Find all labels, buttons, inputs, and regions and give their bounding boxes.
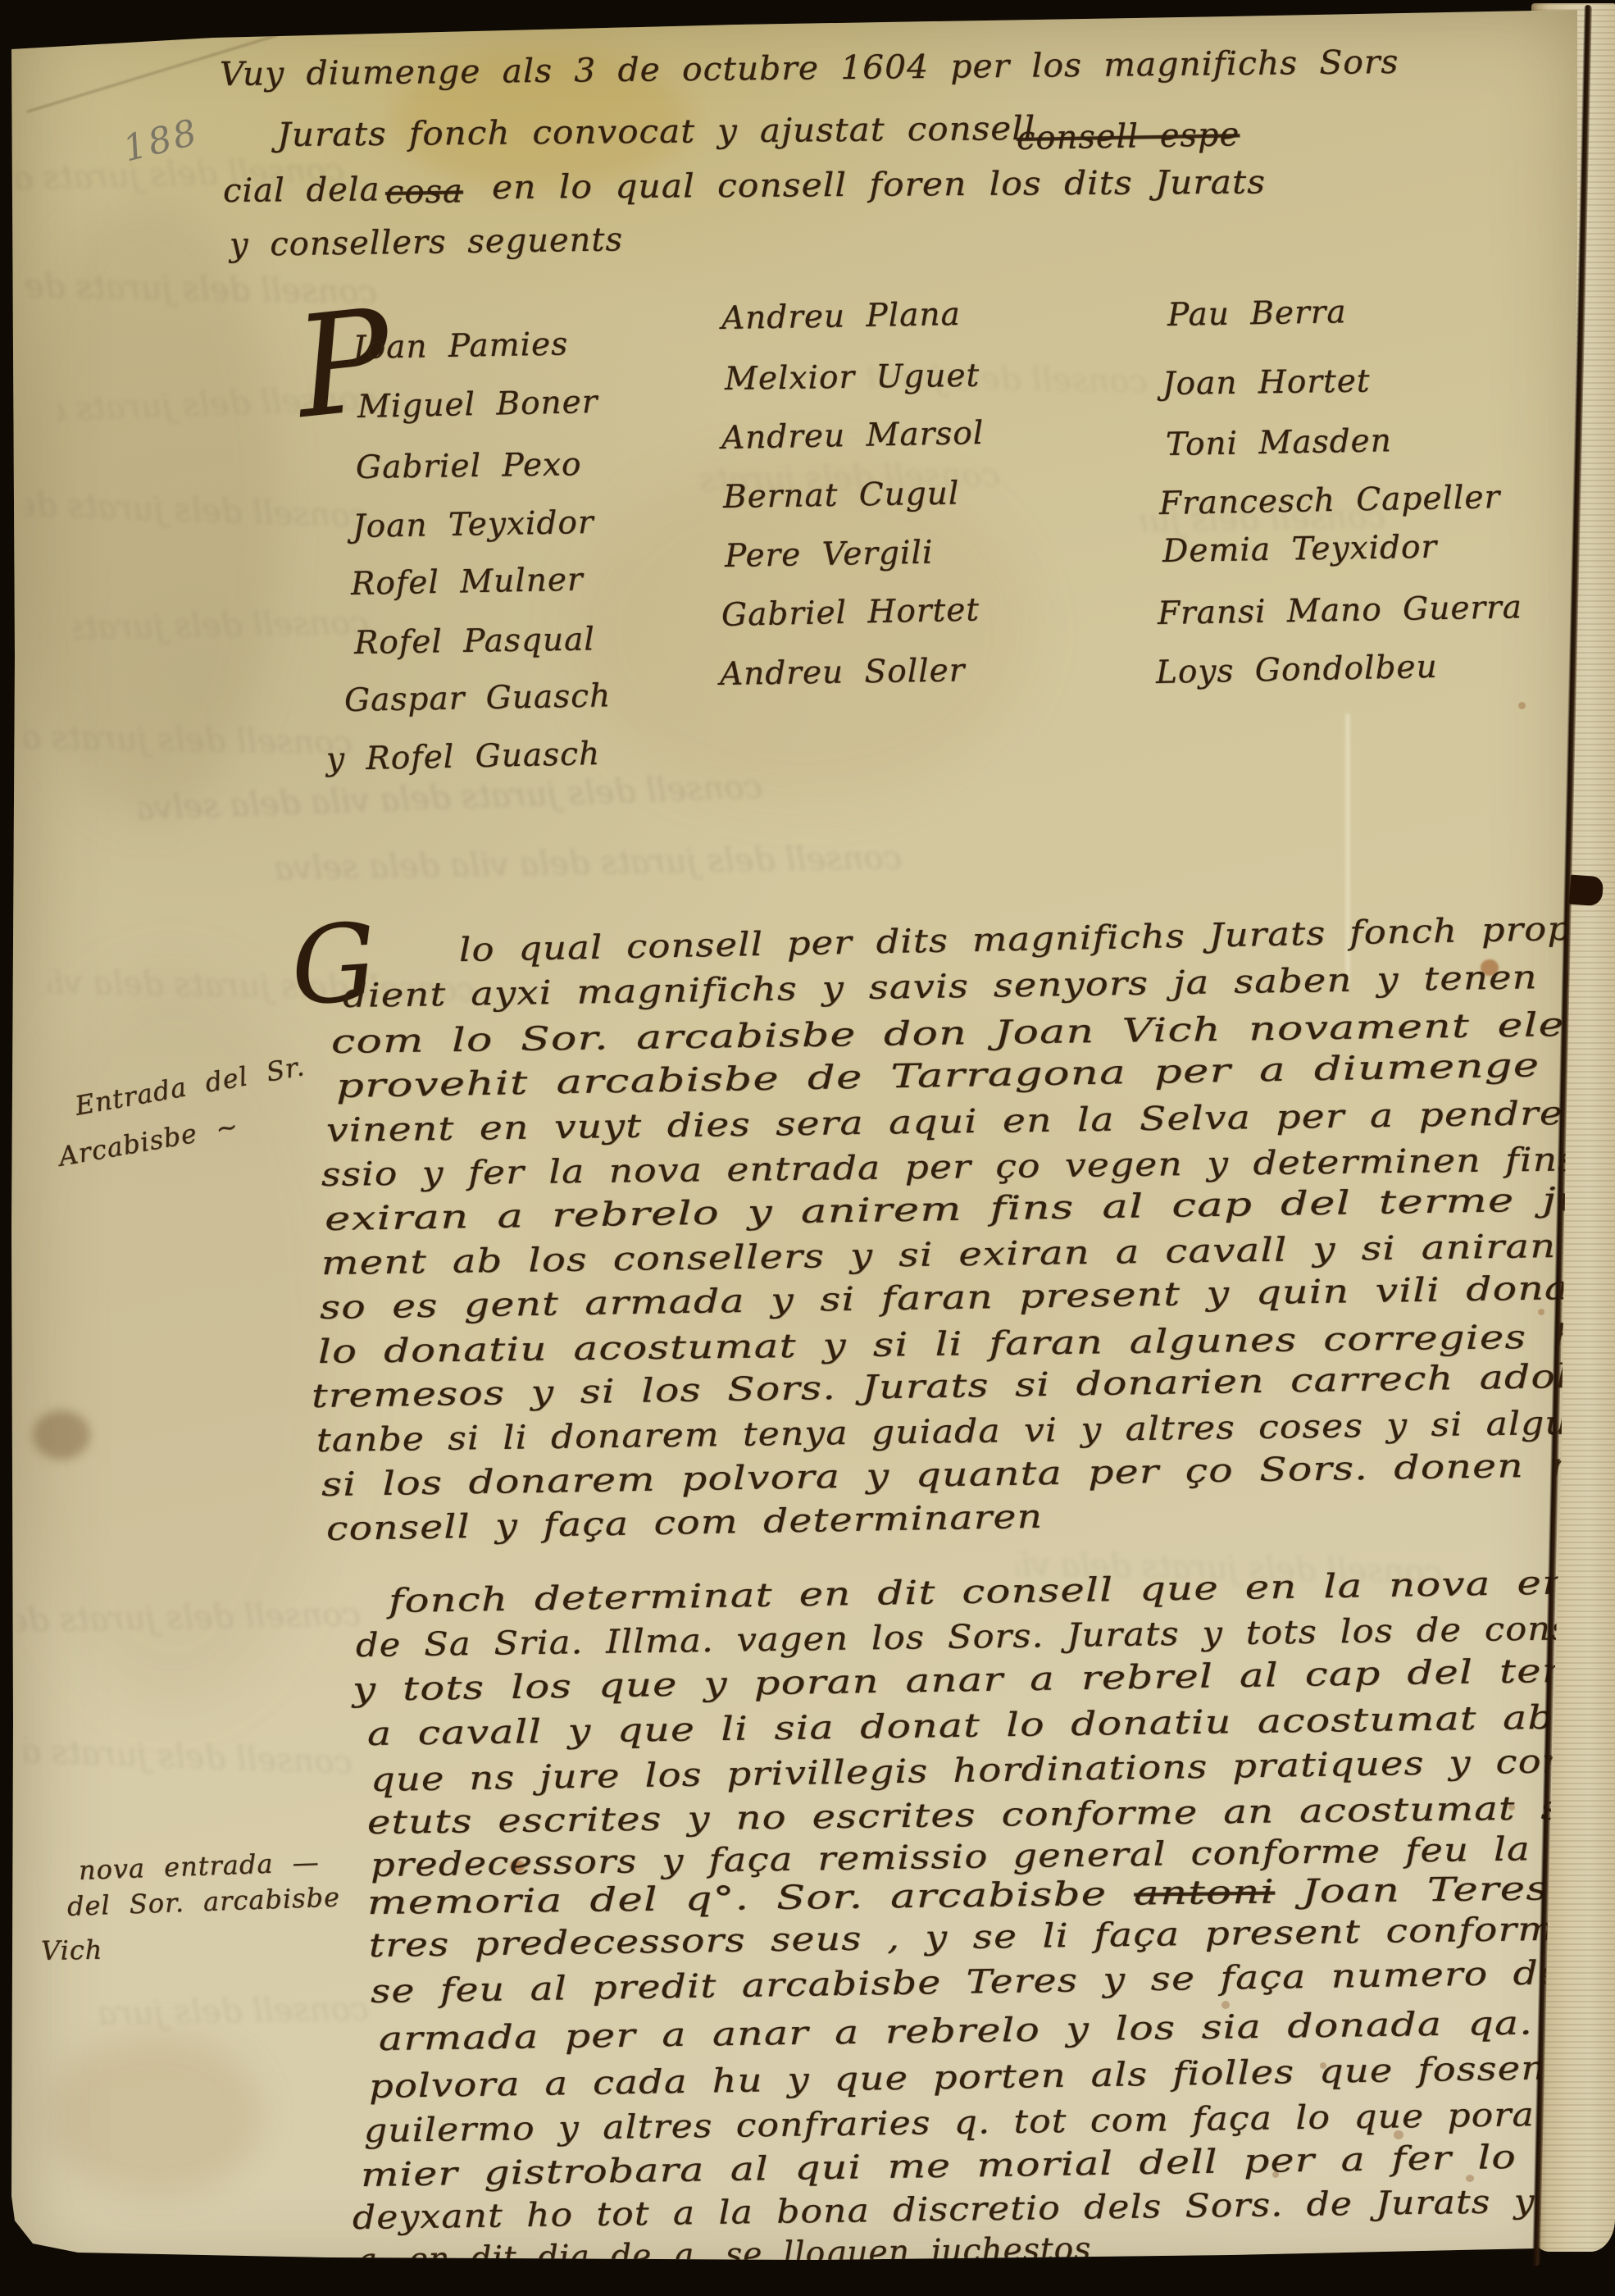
ghost-writing: consell dels jurats dela vila dela selva… [98,1990,370,2033]
fox-spot [1221,2001,1230,2009]
attendee-name: Joan Hortet [1162,362,1371,403]
attendee-name: Gabriel Hortet [721,591,980,634]
ghost-writing: consell dels jurats dela vila dela selva… [16,1596,362,1639]
attendee-name: Joan Pamies [353,326,569,367]
body-line: q. en dit dia de q. se lloguen juchestos [356,2230,1092,2280]
struck-text: antoni [1134,1873,1275,1912]
body-line: consell y faça com determinaren [326,1498,1044,1548]
attendee-name: Toni Masden [1166,422,1393,463]
attendee-name: Andreu Soller [720,652,966,693]
manuscript-photo: { "page": { "number": "188" }, "header":… [0,0,1615,2296]
paper-stain [16,197,279,820]
attendee-name: Bernat Cugul [723,475,960,516]
attendee-name: Gabriel Pexo [356,446,582,486]
attendee-name: y Rofel Guasch [326,736,601,778]
margin-note-line: Entrada del Sr. [73,1050,307,1122]
attendee-name: Fransi Mano Guerra [1158,589,1523,632]
header-line-2: Jurats fonch convocat y ajustat consell [277,110,1036,154]
attendee-name: Pere Vergili [725,535,934,575]
attendee-name: Rofel Pasqual [354,621,595,662]
header-line-3a: cial dela [223,171,380,210]
ghost-writing: consell dels jurats dela vila dela selva… [74,604,370,647]
ghost-writing: consell dels jurats dela vila dela selva… [24,486,369,536]
header-line-4: y consellers seguents [230,221,624,264]
attendee-name: Melxior Uguet [725,358,980,398]
paper-stain [49,2034,262,2198]
binding-tab-shadow [1569,875,1604,907]
fox-spot [1518,702,1526,709]
header-line-3-struck-text: cosa [385,172,464,212]
attendee-name: Andreu Plana [721,296,962,337]
attendee-name: Miguel Boner [357,384,598,426]
ghost-writing: consell dels jurats dela vila dela selva… [139,768,762,827]
page-number-pencil: 188 [119,112,203,171]
attendee-name: Demia Teyxidor [1162,529,1438,570]
ink-blotch [33,1410,90,1460]
ghost-writing: consell dels jurats dela vila dela selva… [24,1733,353,1782]
page-content: consell dels jurats dela vila dela selva… [0,0,1615,2296]
header-line-3b: en lo qual consell foren los dits Jurats [492,163,1266,207]
attendee-name: Francesch Capeller [1159,479,1501,522]
fox-spot [1538,1309,1544,1315]
attendee-name: Andreu Marsol [721,415,985,457]
body-line: armada per a anar a rebrelo y los sia do… [379,2003,1611,2058]
header-line-1: Vuy diumenge als 3 de octubre 1604 per l… [220,43,1399,93]
page-sheet: consell dels jurats dela vila dela selva… [11,0,1589,2288]
attendee-name: Loys Gondolbeu [1156,649,1439,691]
attendee-name: Rofel Mulner [351,562,584,603]
margin-note-line: Vich [41,1934,103,1966]
ghost-writing: consell dels jurats dela vila dela selva… [25,719,353,763]
attendee-name: Gaspar Guasch [344,677,612,719]
header-line-2-struck-text: consell espe [1017,116,1240,157]
attendee-name: Pau Berra [1167,294,1347,334]
margin-note-line: nova entrada — [78,1847,320,1886]
margin-note-line: del Sor. arcabisbe [66,1881,340,1922]
ghost-writing: consell dels jurats dela vila dela selva… [262,839,903,888]
attendee-name: Joan Teyxidor [353,504,594,545]
